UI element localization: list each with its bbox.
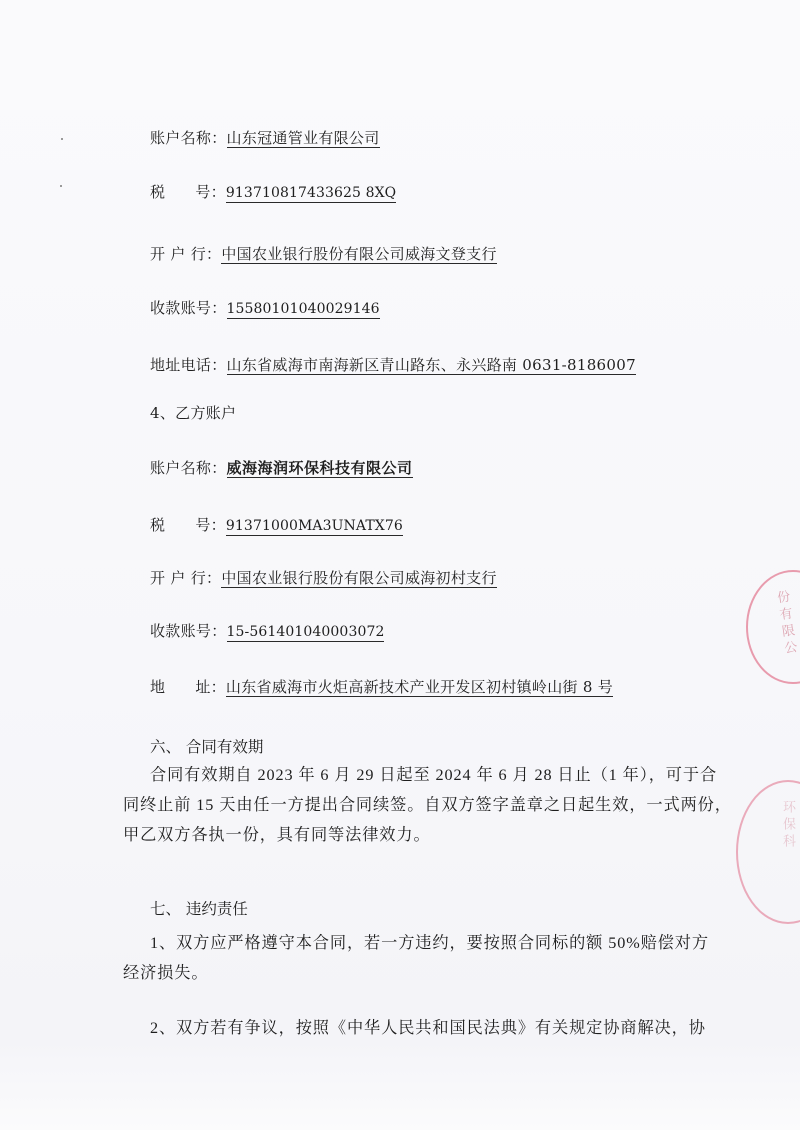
scan-speck xyxy=(61,138,63,140)
paragraph-line: 同终止前 15 天由任一方提出合同续签。自双方签字盖章之日起生效，一式两份， xyxy=(123,790,683,820)
section-six-body: 合同有效期自 2023 年 6 月 29 日起至 2024 年 6 月 28 日… xyxy=(123,760,683,850)
party-a-address-row: 地址电话：山东省威海市南海新区青山路东、永兴路南 0631-8186007 xyxy=(150,355,636,375)
paragraph-line: 1、双方应严格遵守本合同，若一方违约，要按照合同标的额 50%赔偿对方 xyxy=(123,928,683,958)
paragraph-line: 2、双方若有争议，按照《中华人民共和国民法典》有关规定协商解决，协 xyxy=(123,1013,683,1043)
party-b-address-row: 地址： 山东省威海市火炬高新技术产业开发区初村镇岭山街 8 号 xyxy=(150,677,613,697)
field-label: 址： xyxy=(195,677,226,697)
section-seven-clause-2: 2、双方若有争议，按照《中华人民共和国民法典》有关规定协商解决，协 xyxy=(123,1013,683,1043)
field-label: 账户名称： xyxy=(150,458,227,478)
section-seven-clause-1: 1、双方应严格遵守本合同，若一方违约，要按照合同标的额 50%赔偿对方 经济损失… xyxy=(123,928,683,988)
field-label: 号： xyxy=(195,182,226,202)
party-a-account-name: 山东冠通管业有限公司 xyxy=(227,130,380,148)
party-a-account-number-row: 收款账号：15580101040029146 xyxy=(150,298,380,319)
party-a-bank-row: 开 户 行：中国农业银行股份有限公司威海文登支行 xyxy=(150,244,497,264)
field-label: 收款账号： xyxy=(150,298,227,318)
party-b-bank-row: 开 户 行： 中国农业银行股份有限公司威海初村支行 xyxy=(150,568,497,588)
seal-text-lower: 环保科 xyxy=(778,800,797,851)
field-label: 地址电话： xyxy=(150,355,227,375)
party-a-tax-id-row: 税号：913710817433625 8XQ xyxy=(150,182,396,203)
paragraph-line: 合同有效期自 2023 年 6 月 29 日起至 2024 年 6 月 28 日… xyxy=(123,760,683,790)
party-a-address-phone: 山东省威海市南海新区青山路东、永兴路南 0631-8186007 xyxy=(227,357,636,375)
document-page: 账户名称：山东冠通管业有限公司 税号：913710817433625 8XQ 开… xyxy=(0,0,800,1130)
field-label: 开 户 行： xyxy=(150,244,221,264)
paragraph-line: 甲乙双方各执一份，具有同等法律效力。 xyxy=(123,820,683,850)
party-b-heading: 4、乙方账户 xyxy=(150,403,236,423)
field-label: 税 xyxy=(150,182,165,202)
party-b-tax-id: 91371000MA3UNATX76 xyxy=(226,518,403,536)
field-label: 账户名称： xyxy=(150,128,227,148)
party-b-tax-id-row: 税号： 91371000MA3UNATX76 xyxy=(150,515,403,536)
section-six-heading: 六、 合同有效期 xyxy=(150,737,263,757)
scan-speck xyxy=(60,185,62,187)
field-label: 地 xyxy=(150,677,165,697)
party-b-account-number-row: 收款账号： 15-561401040003072 xyxy=(150,621,384,642)
paragraph-line: 经济损失。 xyxy=(123,958,683,988)
field-label: 收款账号： xyxy=(150,621,227,641)
field-label: 开 户 行： xyxy=(150,568,221,588)
field-label: 税 xyxy=(150,515,165,535)
party-b-bank: 中国农业银行股份有限公司威海初村支行 xyxy=(221,570,496,588)
party-a-account-number: 15580101040029146 xyxy=(227,301,380,319)
party-b-address: 山东省威海市火炬高新技术产业开发区初村镇岭山街 8 号 xyxy=(226,679,613,697)
party-a-bank: 中国农业银行股份有限公司威海文登支行 xyxy=(221,246,496,264)
party-a-account-name-row: 账户名称：山东冠通管业有限公司 xyxy=(150,128,380,148)
party-b-account-number: 15-561401040003072 xyxy=(227,624,385,642)
section-seven-heading: 七、 违约责任 xyxy=(150,899,248,919)
party-b-account-name-row: 账户名称： 威海海润环保科技有限公司 xyxy=(150,458,413,478)
party-b-account-name: 威海海润环保科技有限公司 xyxy=(227,460,413,478)
party-a-tax-id: 913710817433625 8XQ xyxy=(226,185,396,203)
field-label: 号： xyxy=(195,515,226,535)
